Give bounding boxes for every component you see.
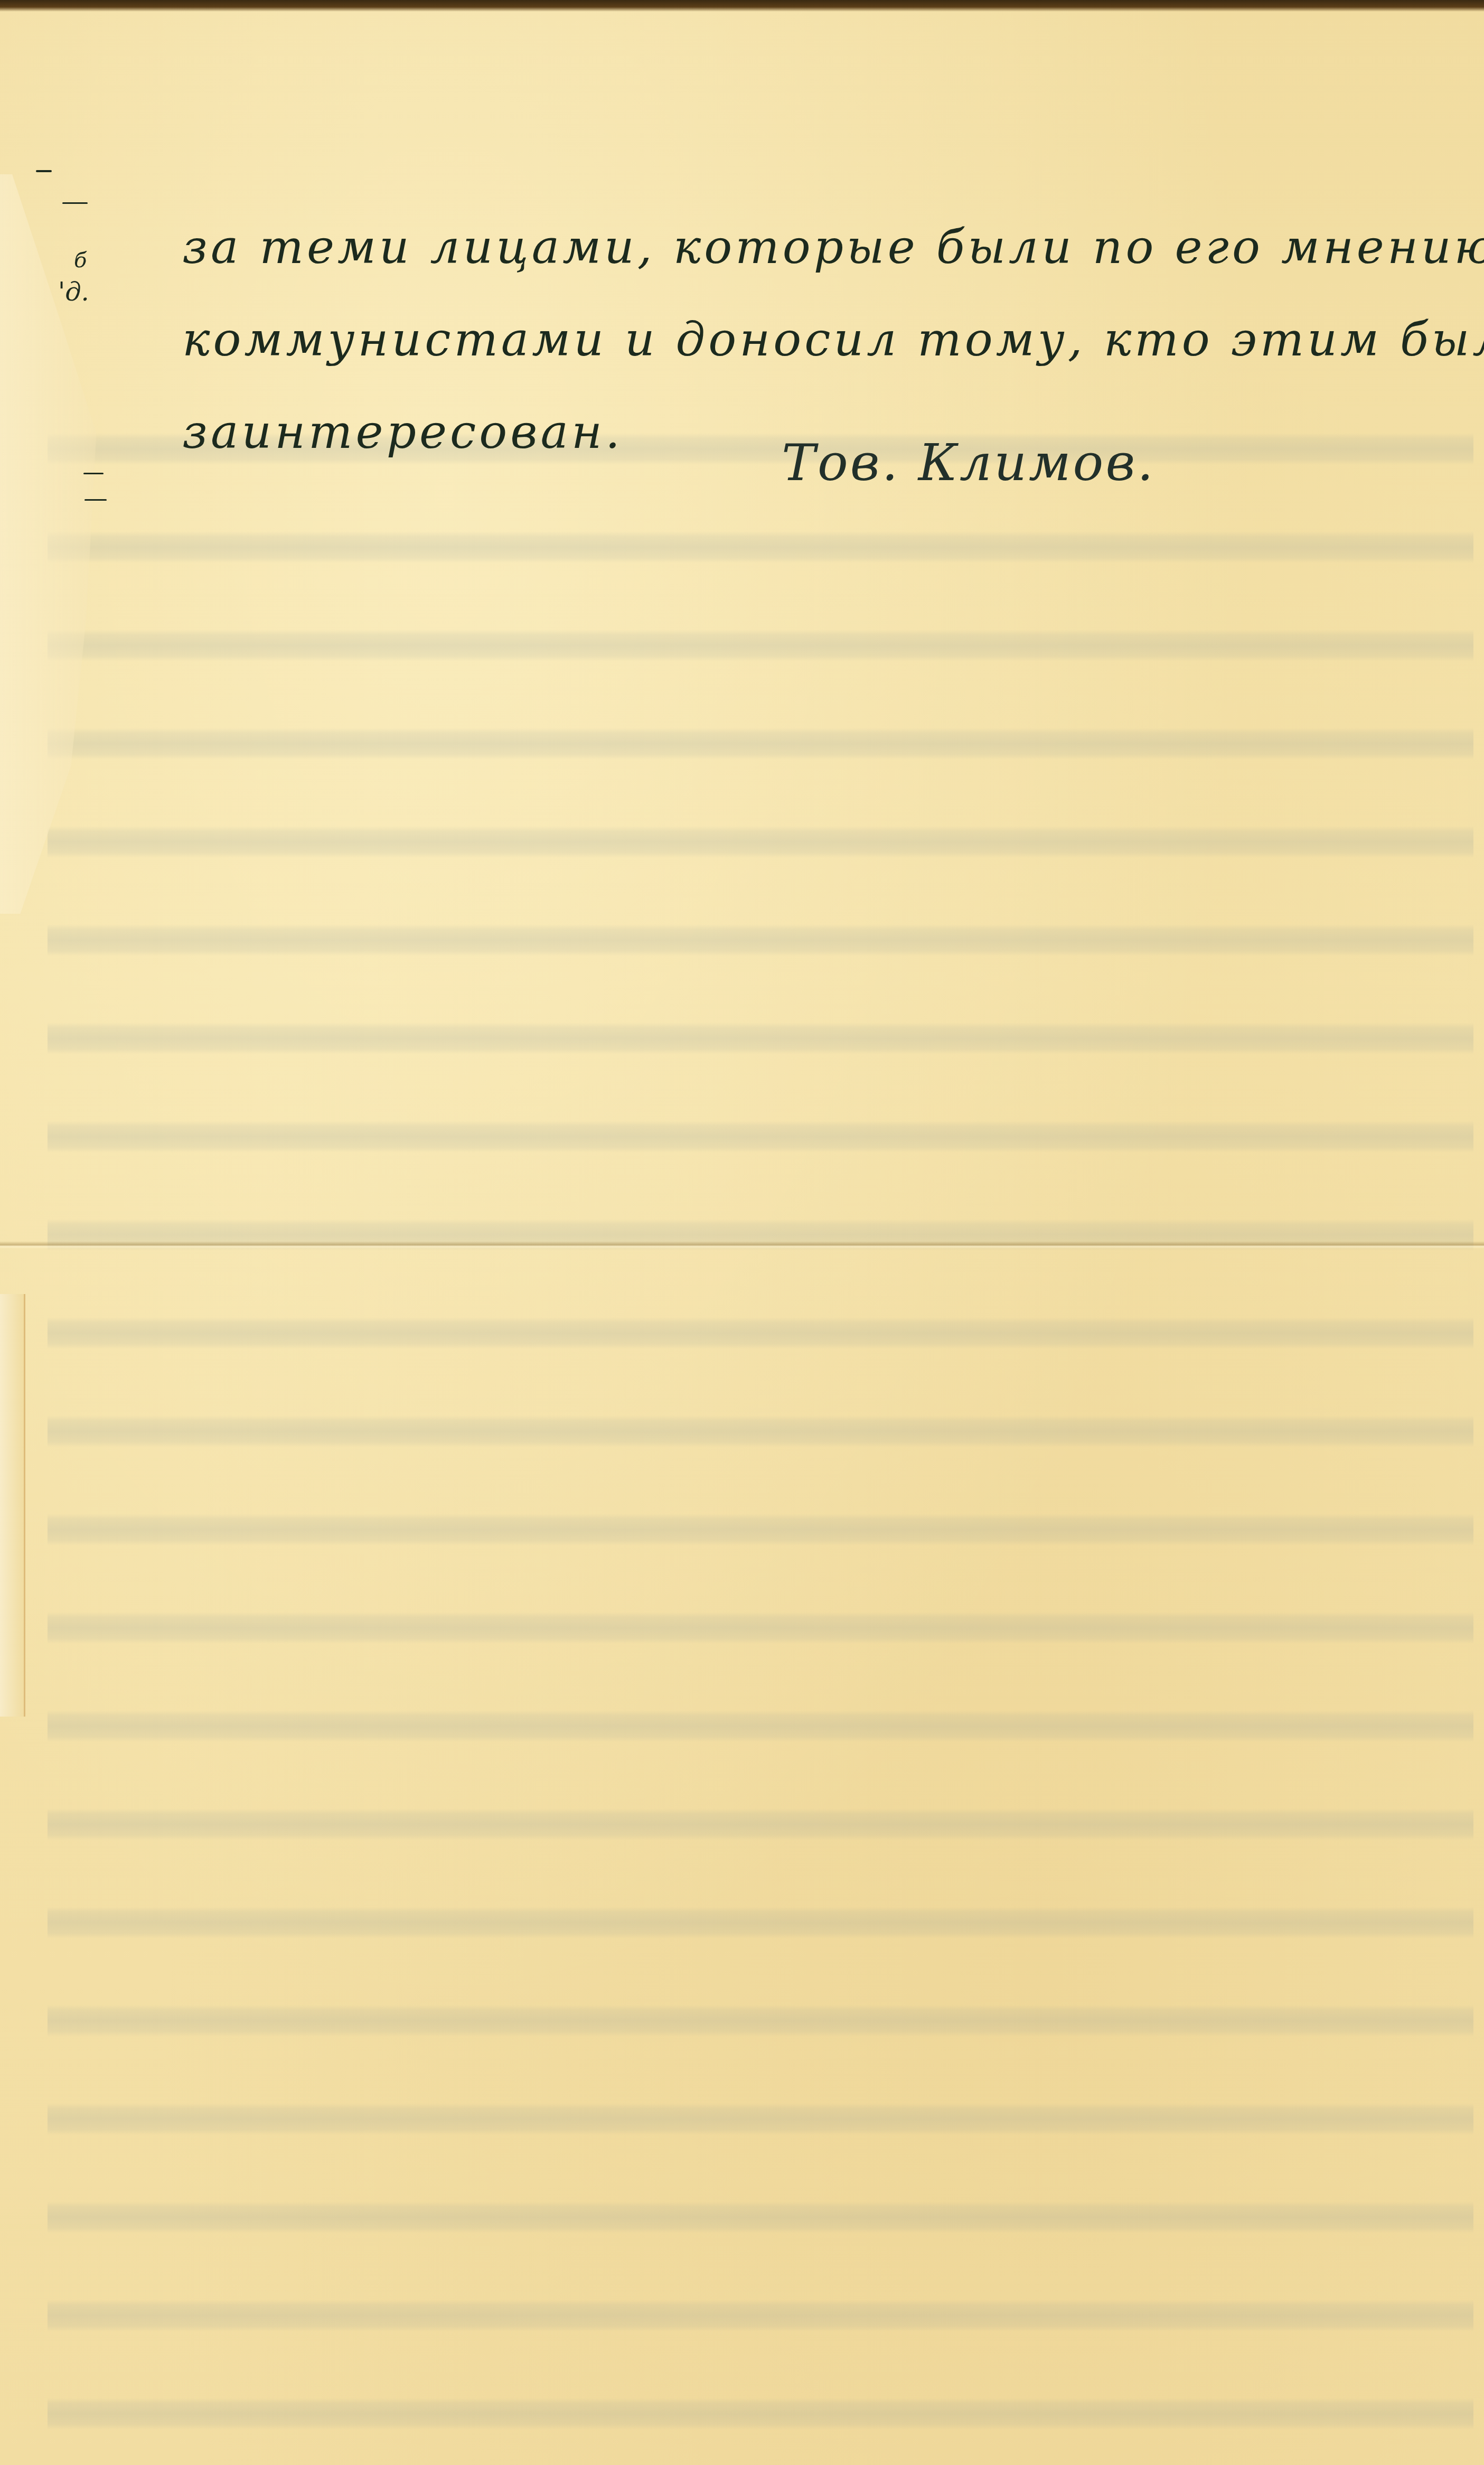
signature: Тов. Климов. bbox=[782, 433, 1156, 492]
margin-tick bbox=[36, 170, 52, 172]
margin-marks: б 'д. bbox=[21, 164, 106, 745]
margin-tick bbox=[62, 202, 88, 204]
margin-note: б bbox=[74, 248, 87, 273]
margin-tick bbox=[83, 473, 104, 474]
horizontal-fold-crease bbox=[0, 1241, 1484, 1249]
body-line: коммунистами и доносил тому, кто этим бы… bbox=[182, 293, 1481, 386]
torn-top-edge bbox=[0, 0, 1484, 12]
margin-note: 'д. bbox=[58, 277, 89, 307]
binding-strip bbox=[0, 1294, 25, 1717]
body-line: за теми лицами, которые были по его мнен… bbox=[182, 201, 1481, 293]
margin-tick bbox=[84, 499, 107, 501]
